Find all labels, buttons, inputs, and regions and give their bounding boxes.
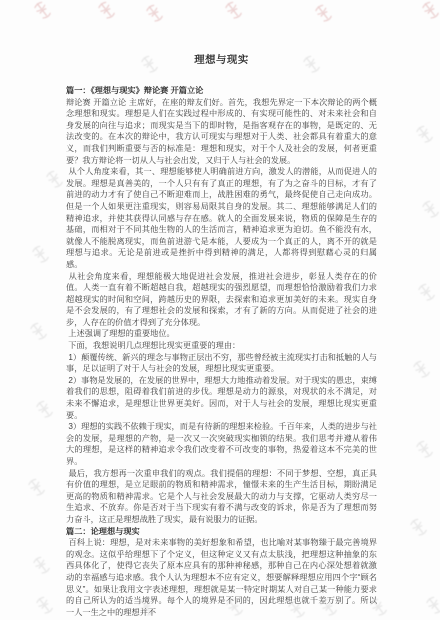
section-1-paragraph: 上述强调了理想的重要地位。 [66,328,377,340]
document-page: 理想与现实 篇一：《理想与现实》辩论赛 开篇立论 辩论赛 开篇立论 主席好，在座… [0,0,440,620]
section-1-paragraph: 从社会角度来看，理想能极大地促进社会发展，推进社会进步，彰显人类存在的价值。人类… [66,271,377,329]
section-1-paragraph: 从个人角度来看，其一、理想能够使人明确前进方向，激发人的潜能，从而促进人的发展。… [66,166,377,270]
section-1-paragraph: 2）事物是发展的，在发展的世界中，理想大力地推动着发展。对于现实的愚忠，束缚着我… [66,375,377,421]
section-1-paragraph: 1）颠覆传统、新兴的理念与事物正层出不穷，那些曾经被主流现实打击和抵触的人与事，… [66,352,377,375]
section-1-paragraph: 3）理想的实践不依赖于现实，而是有待新的理想来检验。千百年来，人类的进步与社会的… [66,421,377,467]
watermark-stamp [407,516,430,540]
watermark-stamp [419,0,440,23]
section-1-paragraph: 辩论赛 开篇立论 主席好，在座的辩友们好。首先，我想先界定一下本次辩论的两个概念… [66,97,377,167]
watermark-stamp [423,594,440,618]
watermark-stamp [31,0,54,23]
document-body: 篇一：《理想与现实》辩论赛 开篇立论 辩论赛 开篇立论 主席好，在座的辩友们好。… [66,85,377,618]
watermark-stamp [419,198,440,222]
section-1-paragraph: 最后，我方想再一次重申我们的观点。我们提倡的理想：不同于梦想、空想，真正具有价值… [66,468,377,526]
watermark-stamp [25,476,48,500]
section-1-heading: 篇一：《理想与现实》辩论赛 开篇立论 [66,85,377,97]
watermark-stamp [30,554,53,578]
document-column: 理想与现实 篇一：《理想与现实》辩论赛 开篇立论 辩论赛 开篇立论 主席好，在座… [66,0,377,618]
watermark-stamp [410,358,433,382]
watermark-stamp [415,281,438,305]
section-1-paragraph: 下面，我想说明几点理想比现实更重要的理由： [66,340,377,352]
watermark-stamp [29,243,52,267]
watermark-stamp [33,398,56,422]
watermark-stamp [413,123,436,147]
watermark-stamp [413,438,436,462]
document-title: 理想与现实 [66,51,377,66]
watermark-stamp [43,168,66,192]
watermark-stamp [27,320,50,344]
watermark-stamp [33,594,56,618]
section-2-paragraph: 百科上说：理想，是对未来事物的美好想象和希望，也比喻对某事物臻于最完善境界的观念… [66,537,377,618]
section-2-heading: 篇二：论理想与现实 [66,526,377,538]
